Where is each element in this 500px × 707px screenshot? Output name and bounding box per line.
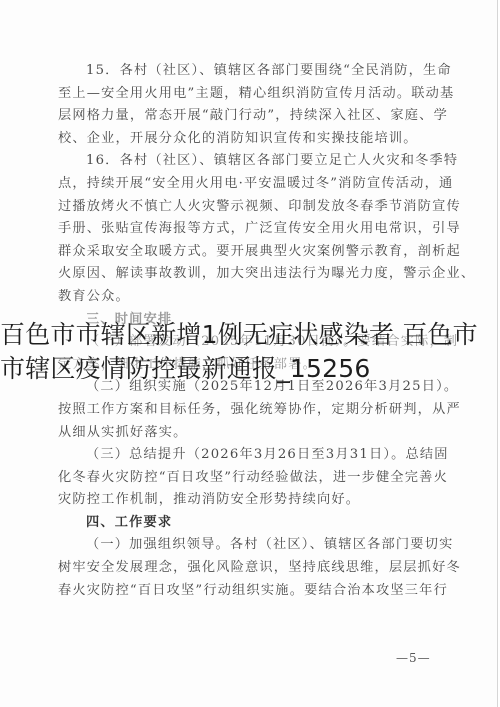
- requirement-1-line-1: （一）加强组织领导。各村（社区）、镇辖区各部门要切实: [58, 534, 392, 557]
- paragraph-16-line-4: 手册、张贴宣传海报等方式，广泛宣传安全用火用电常识，引导: [58, 218, 392, 241]
- paragraph-15-line-1: 15．各村（社区）、镇辖区各部门要围绕“全民消防，生命: [58, 60, 392, 83]
- phase-3-line-2: 化冬春火灾防控“百日攻坚”行动经验做法，进一步健全完善火: [58, 467, 392, 490]
- paragraph-16-line-5: 群众采取安全取暖方式。要开展典型火灾案例警示教育，剖析起: [58, 241, 392, 264]
- paragraph-16-line-2: 点，持续开展“安全用火用电·平安温暖过冬”消防宣传活动，通: [58, 173, 392, 196]
- paragraph-16-line-1: 16．各村（社区）、镇辖区各部门要立足亡人火灾和冬季特: [58, 150, 392, 173]
- phase-3-line-3: 灾防控工作机制，推动消防安全形势持续向好。: [58, 489, 392, 512]
- requirement-1-line-2: 树牢安全发展理念，强化风险意识，坚持底线思维，层层抓好冬: [58, 557, 392, 580]
- paragraph-15-line-3: 层网格力量，常态开展“敲门行动”，持续深入社区、家庭、学: [58, 105, 392, 128]
- phase-3-line-1: （三）总结提升（2026年3月26日至3月31日）。总结固: [58, 444, 392, 467]
- page-number: —5—: [396, 651, 431, 665]
- paragraph-15-line-2: 至上—安全用火用电”主题，精心组织消防宣传月活动。联动基: [58, 83, 392, 106]
- section-4-heading: 四、工作要求: [58, 512, 392, 535]
- phase-2-line-2: 按照工作方案和目标任务，强化统筹协作，定期分析研判，从严: [58, 399, 392, 422]
- overlay-headline-line-1: 百色市市辖区新增1例无症状感染者 百色市: [0, 318, 500, 352]
- overlay-headline: 百色市市辖区新增1例无症状感染者 百色市 市辖区疫情防控最新通报_15256: [0, 318, 500, 386]
- paragraph-15-line-4: 校、企业，开展分众化的消防知识宣传和实操技能培训。: [58, 128, 392, 151]
- requirement-1-line-3: 春火灾防控“百日攻坚”行动组织实施。要结合治本攻坚三年行: [58, 580, 392, 603]
- overlay-headline-line-2: 市辖区疫情防控最新通报_15256: [0, 352, 500, 386]
- paragraph-16-line-6: 火原因、解读事故教训，加大突出违法行为曝光力度，警示企业、: [58, 263, 392, 286]
- paragraph-16-line-7: 教育公众。: [58, 286, 392, 309]
- paragraph-16-line-3: 过播放烤火不慎亡人火灾警示视频、印制发放冬春季节消防宣传: [58, 196, 392, 219]
- phase-2-line-3: 从细从实抓好落实。: [58, 422, 392, 445]
